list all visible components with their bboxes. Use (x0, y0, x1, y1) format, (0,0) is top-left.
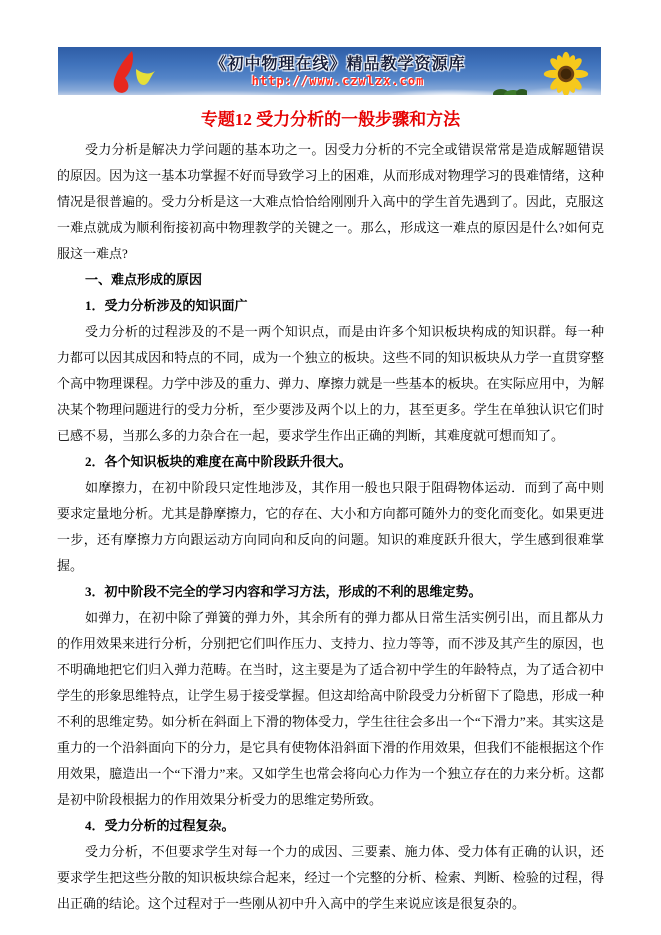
paragraph-knowledge-scope: 受力分析的过程涉及的不是一两个知识点，而是由许多个知识板块构成的知识群。每一种力… (57, 319, 604, 449)
banner-text-group: 《初中物理在线》精品教学资源库 http://www.czwlzx.com (153, 47, 523, 95)
banner-site-name: 《初中物理在线》精品教学资源库 (210, 55, 465, 74)
subheading-1: 1．受力分析涉及的知识面广 (57, 293, 604, 319)
section-heading-reasons: 一、难点形成的原因 (57, 267, 604, 293)
page-title: 专题12 受力分析的一般步骤和方法 (57, 109, 604, 131)
document-page: 《初中物理在线》精品教学资源库 http://www.czwlzx.com (0, 0, 661, 935)
paragraph-complex-process: 受力分析，不但要求学生对每一个力的成因、三要素、施力体、受力体有正确的认识，还要… (57, 839, 604, 917)
site-banner: 《初中物理在线》精品教学资源库 http://www.czwlzx.com (58, 47, 601, 95)
paragraph-difficulty-jump: 如摩擦力，在初中阶段只定性地涉及，其作用一般也只限于阻碍物体运动．而到了高中则要… (57, 475, 604, 579)
subheading-4: 4．受力分析的过程复杂。 (57, 813, 604, 839)
banner-site-url-link[interactable]: http://www.czwlzx.com (252, 74, 425, 88)
leaf-foliage-icon (493, 81, 527, 95)
document-body: 受力分析是解决力学问题的基本功之一。因受力分析的不完全或错误常常是造成解题错误的… (57, 137, 604, 917)
subheading-3: 3．初中阶段不完全的学习内容和学习方法，形成的不利的思维定势。 (57, 579, 604, 605)
paragraph-thinking-habit: 如弹力，在初中除了弹簧的弹力外，其余所有的弹力都从日常生活实例引出，而且都从力的… (57, 605, 604, 813)
sunflower-icon (539, 51, 593, 95)
intro-paragraph: 受力分析是解决力学问题的基本功之一。因受力分析的不完全或错误常常是造成解题错误的… (57, 137, 604, 267)
subheading-2: 2．各个知识板块的难度在高中阶段跃升很大。 (57, 449, 604, 475)
